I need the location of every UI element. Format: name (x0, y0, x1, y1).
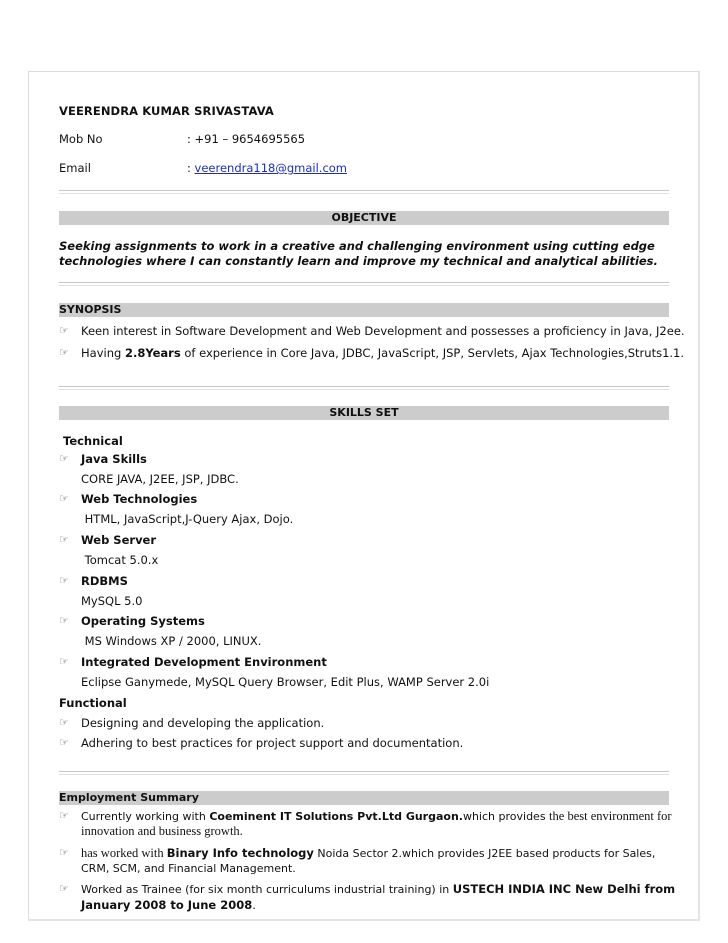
skill-category: Web Technologies (81, 492, 197, 506)
pointing-hand-bullet-icon: ☞ (59, 846, 69, 859)
email-value: : veerendra118@gmail.com (187, 161, 347, 175)
synopsis-item: Keen interest in Software Development an… (81, 324, 685, 338)
skills-heading: SKILLS SET (59, 406, 669, 420)
employment-item-cont: CRM, SCM, and Financial Management. (81, 862, 296, 875)
synopsis-heading: SYNOPSIS (59, 303, 669, 317)
objective-text: Seeking assignments to work in a creativ… (59, 239, 669, 269)
pointing-hand-bullet-icon: ☞ (59, 492, 69, 505)
candidate-name: VEERENDRA KUMAR SRIVASTAVA (59, 104, 274, 118)
employment-heading: Employment Summary (59, 791, 669, 805)
email-colon: : (187, 161, 195, 175)
resume-page: VEERENDRA KUMAR SRIVASTAVA Mob No : +91 … (28, 71, 700, 921)
divider (59, 282, 669, 286)
employment-item-cont: January 2008 to June 2008. (81, 898, 256, 912)
pointing-hand-bullet-icon: ☞ (59, 346, 69, 359)
employment-item-cont: innovation and business growth. (81, 824, 243, 839)
divider (59, 771, 669, 775)
skill-detail: HTML, JavaScript,J-Query Ajax, Dojo. (81, 512, 293, 526)
employment-item: Worked as Trainee (for six month curricu… (81, 882, 675, 896)
skill-category: RDBMS (81, 574, 128, 588)
pointing-hand-bullet-icon: ☞ (59, 614, 69, 627)
functional-label: Functional (59, 696, 127, 710)
mobile-value: : +91 – 9654695565 (187, 132, 305, 146)
divider (59, 386, 669, 390)
pointing-hand-bullet-icon: ☞ (59, 324, 69, 337)
pointing-hand-bullet-icon: ☞ (59, 574, 69, 587)
objective-line-1: Seeking assignments to work in a creativ… (59, 239, 669, 254)
skill-detail: Eclipse Ganymede, MySQL Query Browser, E… (81, 675, 489, 689)
technical-label: Technical (63, 434, 123, 448)
skill-detail: MS Windows XP / 2000, LINUX. (81, 634, 261, 648)
functional-item: Adhering to best practices for project s… (81, 736, 463, 750)
pointing-hand-bullet-icon: ☞ (59, 533, 69, 546)
pointing-hand-bullet-icon: ☞ (59, 736, 69, 749)
skill-detail: CORE JAVA, J2EE, JSP, JDBC. (81, 472, 239, 486)
functional-item: Designing and developing the application… (81, 716, 324, 730)
synopsis-item: Having 2.8Years of experience in Core Ja… (81, 346, 684, 360)
pointing-hand-bullet-icon: ☞ (59, 716, 69, 729)
objective-heading: OBJECTIVE (59, 211, 669, 225)
skill-category: Integrated Development Environment (81, 655, 327, 669)
mobile-label: Mob No (59, 132, 103, 146)
email-link[interactable]: veerendra118@gmail.com (195, 161, 347, 175)
skill-detail: MySQL 5.0 (81, 594, 142, 608)
skill-detail: Tomcat 5.0.x (81, 553, 158, 567)
pointing-hand-bullet-icon: ☞ (59, 452, 69, 465)
employment-item: Currently working with Coeminent IT Solu… (81, 809, 672, 824)
skill-category: Java Skills (81, 452, 147, 466)
divider (59, 190, 669, 194)
objective-line-2: technologies where I can constantly lear… (59, 254, 669, 269)
pointing-hand-bullet-icon: ☞ (59, 655, 69, 668)
employment-item: has worked with Binary Info technology N… (81, 846, 655, 861)
email-label: Email (59, 161, 91, 175)
pointing-hand-bullet-icon: ☞ (59, 809, 69, 822)
pointing-hand-bullet-icon: ☞ (59, 882, 69, 895)
skill-category: Operating Systems (81, 614, 205, 628)
skill-category: Web Server (81, 533, 156, 547)
